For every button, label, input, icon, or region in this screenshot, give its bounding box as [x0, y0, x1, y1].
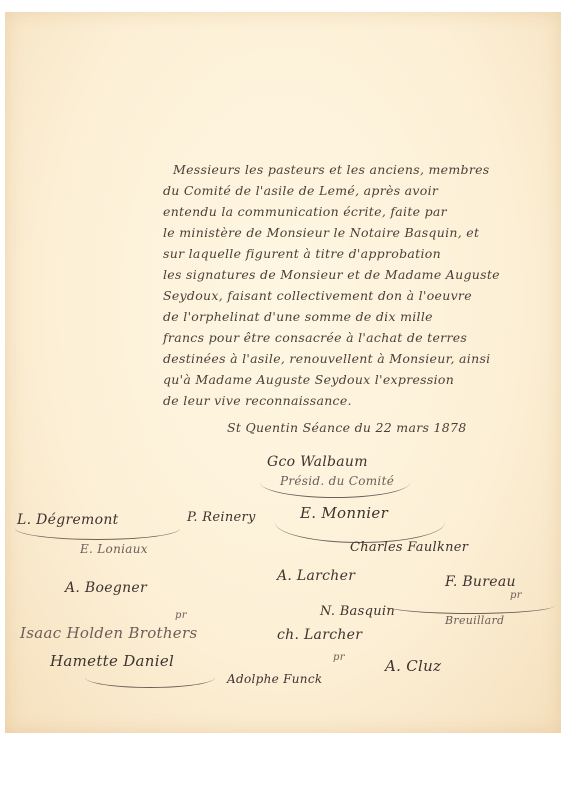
signature-basquin: N. Basquin [320, 604, 395, 619]
body-line-5: sur laquelle figurent à titre d'approbat… [163, 246, 441, 261]
flourish [85, 667, 215, 688]
flourish [385, 597, 555, 614]
body-line-7: Seydoux, faisant collectivement don à l'… [163, 288, 472, 303]
signature-bureau: F. Bureau [445, 574, 516, 590]
flourish [260, 467, 410, 498]
signature-loniaux: E. Loniaux [80, 542, 148, 556]
signature-holden: Isaac Holden Brothers [20, 624, 197, 642]
signature-faulkner: Charles Faulkner [350, 540, 468, 555]
signature-funck-note: pr [333, 652, 345, 663]
signature-larcher-a: A. Larcher [277, 568, 355, 584]
body-line-11: qu'à Madame Auguste Seydoux l'expression [163, 372, 454, 387]
signature-larcher-ch: ch. Larcher [277, 627, 362, 643]
flourish [15, 517, 180, 540]
signature-boegner: A. Boegner [65, 580, 147, 596]
body-line-8: de l'orphelinat d'une somme de dix mille [163, 309, 433, 324]
dateline: St Quentin Séance du 22 mars 1878 [227, 420, 466, 435]
body-line-1: Messieurs les pasteurs et les anciens, m… [173, 162, 490, 177]
signature-reinery: P. Reinery [187, 510, 256, 525]
body-line-9: francs pour être consacrée à l'achat de … [163, 330, 467, 345]
body-line-10: destinées à l'asile, renouvellent à Mons… [163, 351, 490, 366]
body-line-6: les signatures de Monsieur et de Madame … [163, 267, 500, 282]
signature-funck: Adolphe Funck [227, 672, 322, 686]
flourish [275, 502, 445, 543]
body-line-3: entendu la communication écrite, faite p… [163, 204, 447, 219]
signature-holden-note: pr [175, 610, 187, 621]
body-line-12: de leur vive reconnaissance. [163, 393, 352, 408]
body-line-4: le ministère de Monsieur le Notaire Basq… [163, 225, 479, 240]
signature-cluz: A. Cluz [385, 657, 441, 675]
letter-paper: Messieurs les pasteurs et les anciens, m… [5, 12, 561, 733]
signature-breuillard: Breuillard [445, 614, 504, 627]
body-line-2: du Comité de l'asile de Lemé, après avoi… [163, 183, 438, 198]
